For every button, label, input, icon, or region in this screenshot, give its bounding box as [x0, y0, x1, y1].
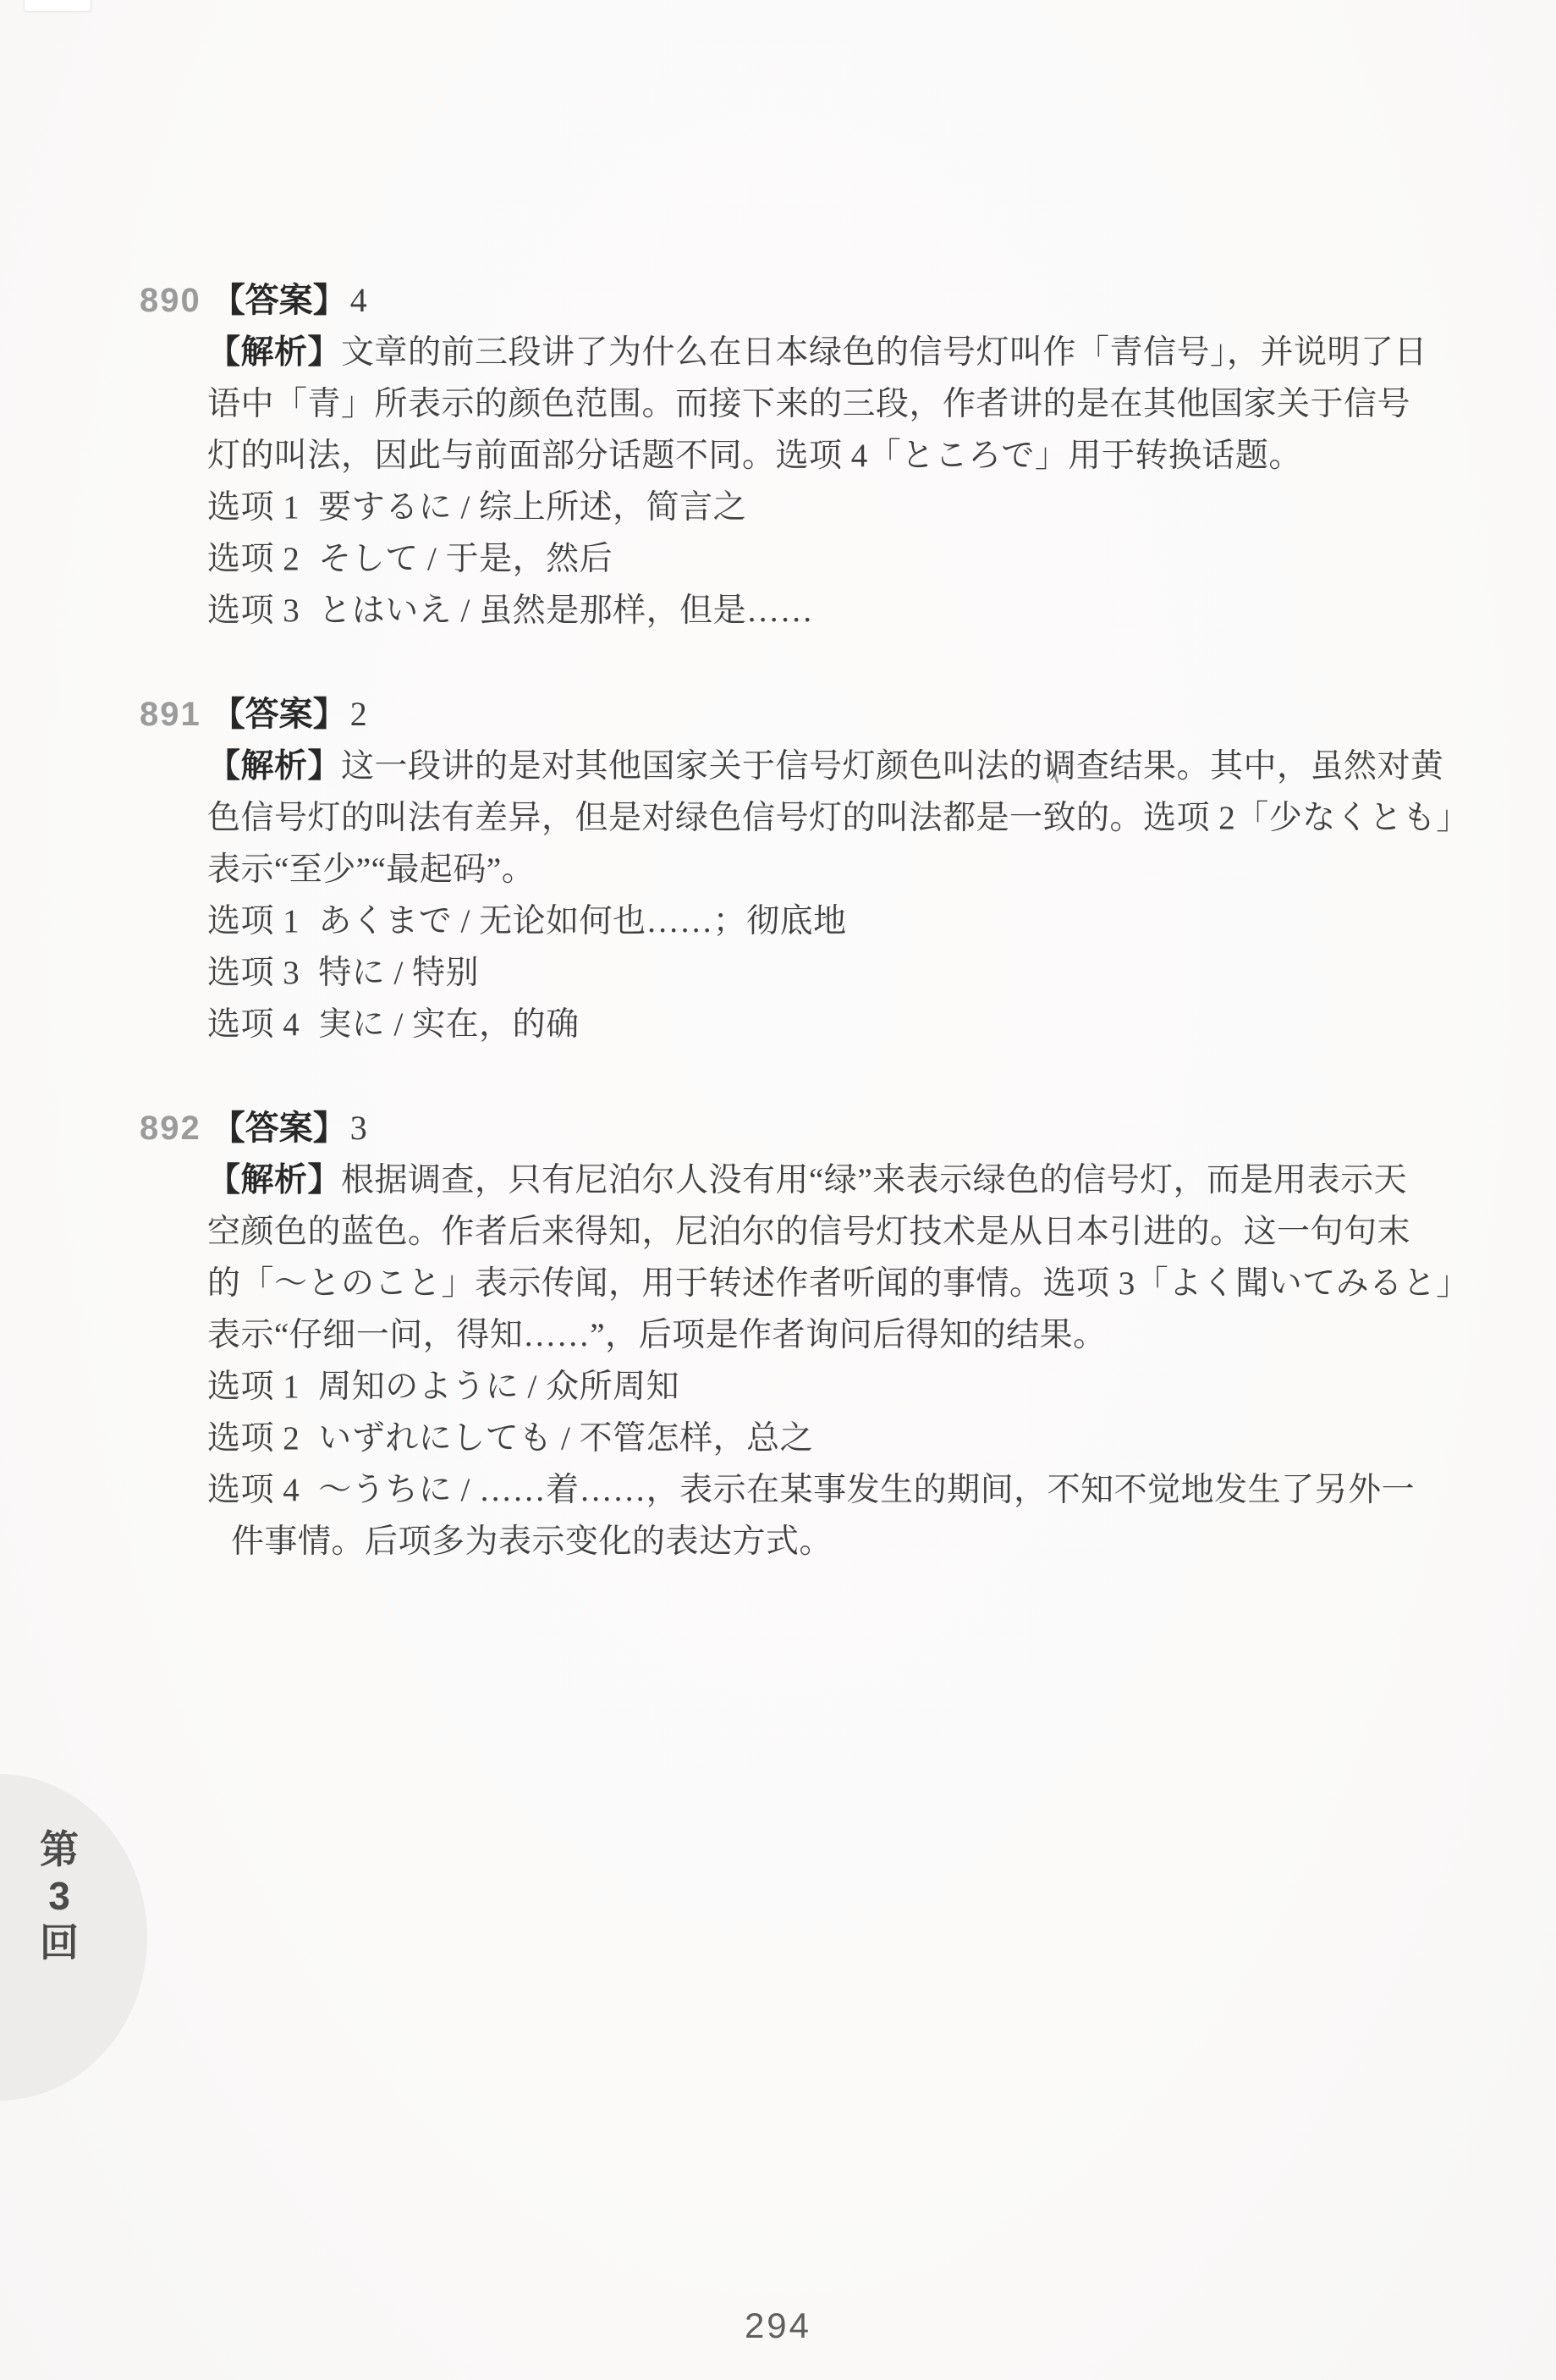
option-text: 要するに / 综上所述，简言之: [318, 482, 746, 533]
option-line: 选项 1あくまで / 无论如何也……；彻底地: [207, 895, 1460, 947]
analysis-line: 表示“至少”“最起码”。: [207, 844, 1460, 895]
answer-entry-892: 892【答案】3 【解析】根据调查，只有尼泊尔人没有用“绿”来表示绿色的信号灯，…: [140, 1102, 1460, 1567]
option-text: とはいえ / 虽然是那样，但是……: [318, 585, 813, 636]
analysis-line: 色信号灯的叫法有差异，但是对绿色信号灯的叫法都是一致的。选项 2「少なくとも」: [207, 792, 1460, 844]
scan-artifact-corner: [24, 0, 91, 12]
option-text: 実に / 实在，的确: [318, 999, 579, 1050]
chapter-tab-char: 回: [32, 1920, 86, 1966]
entry-body: 【解析】根据调查，只有尼泊尔人没有用“绿”来表示绿色的信号灯，而是用表示天 空颜…: [207, 1154, 1460, 1567]
chapter-tab-label: 第 3 回: [32, 1826, 86, 1966]
option-label: 选项 2: [207, 1413, 300, 1464]
entry-header: 890【答案】4: [140, 274, 1460, 327]
analysis-line: 【解析】文章的前三段讲了为什么在日本绿色的信号灯叫作「青信号」，并说明了日: [207, 327, 1460, 378]
option-text: 周知のように / 众所周知: [318, 1361, 679, 1413]
analysis-line: 表示“仔细一问，得知……”，后项是作者询问后得知的结果。: [207, 1309, 1460, 1361]
option-label: 选项 4: [207, 999, 300, 1050]
answer-label: 【答案】: [212, 281, 347, 319]
answer-value: 4: [350, 281, 367, 319]
analysis-line: 的「～とのこと」表示传闻，用于转述作者听闻的事情。选项 3「よく聞いてみると」: [207, 1258, 1460, 1309]
answer-entry-890: 890【答案】4 【解析】文章的前三段讲了为什么在日本绿色的信号灯叫作「青信号」…: [140, 274, 1460, 636]
option-text: そして / 于是，然后: [318, 533, 613, 585]
option-label: 选项 3: [207, 585, 300, 636]
analysis-line: 【解析】根据调查，只有尼泊尔人没有用“绿”来表示绿色的信号灯，而是用表示天: [207, 1154, 1460, 1206]
chapter-tab-char: 第: [32, 1826, 86, 1873]
analysis-label: 【解析】: [207, 334, 341, 371]
option-label: 选项 2: [207, 533, 300, 585]
option-line: 选项 2いずれにしても / 不管怎样，总之: [207, 1413, 1460, 1464]
option-line: 选项 4～うちに / ……着……，表示在某事发生的期间，不知不觉地发生了另外一: [207, 1464, 1460, 1516]
analysis-text: 根据调查，只有尼泊尔人没有用“绿”来表示绿色的信号灯，而是用表示天: [341, 1162, 1407, 1198]
answer-key-content: 890【答案】4 【解析】文章的前三段讲了为什么在日本绿色的信号灯叫作「青信号」…: [140, 274, 1460, 1567]
option-label: 选项 1: [207, 482, 300, 533]
analysis-line: 语中「青」所表示的颜色范围。而接下来的三段，作者讲的是在其他国家关于信号: [207, 378, 1460, 430]
page-number: 294: [0, 2306, 1556, 2346]
option-label: 选项 4: [207, 1464, 300, 1516]
entry-body: 【解析】文章的前三段讲了为什么在日本绿色的信号灯叫作「青信号」，并说明了日 语中…: [207, 327, 1460, 636]
option-text: あくまで / 无论如何也……；彻底地: [318, 895, 846, 947]
option-label: 选项 3: [207, 947, 300, 999]
answer-value: 3: [350, 1109, 367, 1147]
option-label: 选项 1: [207, 895, 300, 947]
question-number: 892: [140, 1110, 201, 1147]
answer-entry-891: 891【答案】2 【解析】这一段讲的是对其他国家关于信号灯颜色叫法的调查结果。其…: [140, 688, 1460, 1050]
analysis-text: 文章的前三段讲了为什么在日本绿色的信号灯叫作「青信号」，并说明了日: [341, 334, 1427, 371]
answer-label: 【答案】: [212, 1109, 347, 1147]
analysis-line: 灯的叫法，因此与前面部分话题不同。选项 4「ところで」用于转换话题。: [207, 430, 1460, 482]
option-text-continuation: 件事情。后项多为表示变化的表达方式。: [207, 1516, 1460, 1567]
option-line: 选项 4実に / 实在，的确: [207, 999, 1460, 1050]
option-text: 特に / 特别: [318, 947, 479, 999]
option-label: 选项 1: [207, 1361, 300, 1413]
option-line: 选项 2そして / 于是，然后: [207, 533, 1460, 585]
option-text: ～うちに / ……着……，表示在某事发生的期间，不知不觉地发生了另外一: [318, 1464, 1415, 1516]
chapter-tab-char: 3: [32, 1873, 86, 1920]
option-line: 选项 3特に / 特别: [207, 947, 1460, 999]
question-number: 890: [140, 282, 201, 319]
question-number: 891: [140, 696, 201, 733]
analysis-label: 【解析】: [207, 748, 341, 785]
entry-header: 892【答案】3: [140, 1102, 1460, 1154]
analysis-line: 空颜色的蓝色。作者后来得知，尼泊尔的信号灯技术是从日本引进的。这一句句末: [207, 1206, 1460, 1258]
analysis-label: 【解析】: [207, 1162, 341, 1198]
option-line: 选项 1周知のように / 众所周知: [207, 1361, 1460, 1413]
book-page: 890【答案】4 【解析】文章的前三段讲了为什么在日本绿色的信号灯叫作「青信号」…: [0, 0, 1556, 2380]
answer-label: 【答案】: [212, 695, 347, 733]
entry-header: 891【答案】2: [140, 688, 1460, 741]
option-text: いずれにしても / 不管怎样，总之: [318, 1413, 813, 1464]
answer-value: 2: [350, 695, 367, 733]
analysis-line: 【解析】这一段讲的是对其他国家关于信号灯颜色叫法的调查结果。其中，虽然对黄: [207, 741, 1460, 792]
option-line: 选项 1要するに / 综上所述，简言之: [207, 482, 1460, 533]
analysis-text: 这一段讲的是对其他国家关于信号灯颜色叫法的调查结果。其中，虽然对黄: [341, 748, 1444, 785]
entry-body: 【解析】这一段讲的是对其他国家关于信号灯颜色叫法的调查结果。其中，虽然对黄 色信…: [207, 741, 1460, 1050]
option-line: 选项 3とはいえ / 虽然是那样，但是……: [207, 585, 1460, 636]
